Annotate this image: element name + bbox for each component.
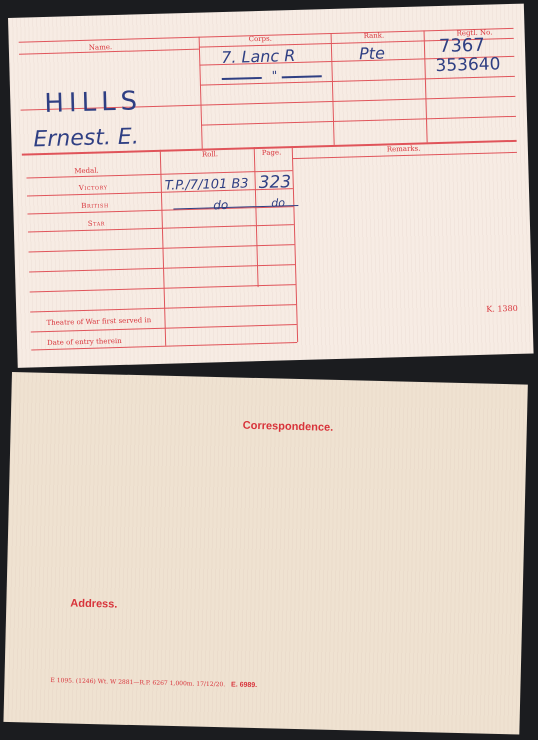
address-heading: Address.: [70, 597, 117, 610]
medal-label: Medal.: [74, 167, 99, 176]
imprint-code: E. 6989.: [231, 681, 257, 689]
roll-header: Roll.: [202, 150, 218, 158]
british-label: British: [81, 201, 109, 210]
printer-imprint: E 1095. (1246) Wt. W 2881—R.P. 6267 1,00…: [50, 677, 257, 689]
ditto-line: [282, 75, 322, 78]
medal-card-front: Name. Corps. Rank. Regtl. No. Roll. Page…: [8, 4, 534, 368]
regtl-no-entry-2: 353640: [435, 54, 500, 76]
page-header: Page.: [262, 148, 282, 157]
rank-header: Rank.: [364, 32, 385, 41]
regtl-no-entry-1: 7367: [439, 35, 485, 57]
victory-label: Victory: [79, 183, 108, 192]
corps-entry-1: 7. Lanc R: [221, 46, 296, 67]
rank-entry: Pte: [359, 43, 385, 63]
correspondence-heading: Correspondence.: [243, 420, 334, 434]
rule: [199, 37, 203, 149]
remarks-header: Remarks.: [387, 145, 421, 154]
page-british-entry: do: [271, 196, 285, 209]
theatre-label: Theatre of War first served in: [46, 316, 151, 327]
roll-victory-entry: T.P./7/101 B3: [165, 176, 249, 193]
roll-british-entry: do: [213, 198, 228, 212]
ditto-line: [222, 77, 262, 80]
corps-entry-2: ": [272, 69, 278, 83]
form-code: K. 1380: [486, 304, 518, 314]
surname-entry: HILLS: [44, 86, 143, 119]
rule: [201, 116, 516, 126]
star-label: Star: [88, 219, 105, 227]
rule: [424, 30, 428, 142]
forename-entry: Ernest. E.: [33, 124, 139, 152]
page-victory-entry: 323: [258, 172, 291, 193]
imprint-text: E 1095. (1246) Wt. W 2881—R.P. 6267 1,00…: [50, 677, 225, 688]
rule: [331, 33, 335, 145]
corps-header: Corps.: [249, 35, 272, 44]
date-entry-label: Date of entry therein: [47, 337, 122, 347]
name-header: Name.: [89, 43, 113, 52]
rule: [200, 96, 515, 106]
medal-card-back: Correspondence. Address. E 1095. (1246) …: [3, 372, 527, 735]
